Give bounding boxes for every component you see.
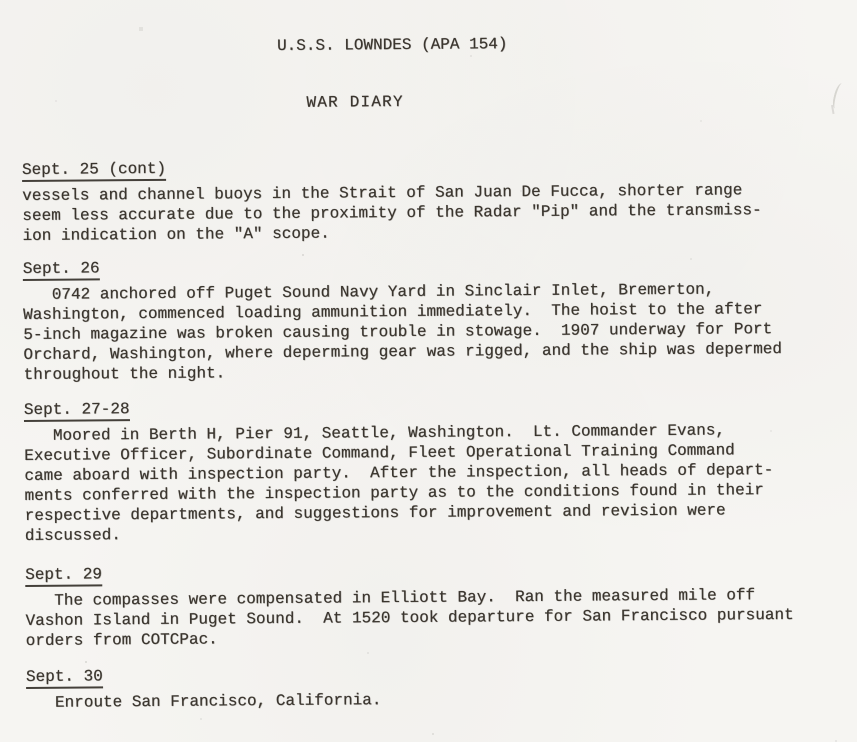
- document-title: U.S.S. LOWNDES (APA 154): [21, 32, 836, 58]
- diary-entry-sept-25: Sept. 25 (cont) vessels and channel buoy…: [22, 157, 838, 246]
- entry-heading-row: Sept. 27-28: [24, 397, 839, 423]
- entry-date-heading: Sept. 29: [25, 567, 102, 587]
- entry-date-heading: Sept. 27-28: [24, 402, 130, 422]
- entry-heading-row: Sept. 25 (cont): [22, 157, 837, 183]
- diary-entry-sept-26: Sept. 26 0742 anchored off Puget Sound N…: [23, 256, 839, 385]
- document-sheet: U.S.S. LOWNDES (APA 154) WAR DIARY Sept.…: [21, 32, 841, 713]
- entry-date-heading: Sept. 26: [23, 261, 100, 281]
- diary-entry-sept-30: Sept. 30 Enroute San Francisco, Californ…: [26, 664, 841, 713]
- entry-date-heading: Sept. 25 (cont): [22, 162, 166, 182]
- document-subtitle: WAR DIARY: [21, 89, 836, 115]
- entry-heading-row: Sept. 29: [25, 562, 840, 588]
- entry-date-heading: Sept. 30: [26, 669, 103, 689]
- diary-entry-sept-27-28: Sept. 27-28 Moored in Berth H, Pier 91, …: [24, 397, 840, 546]
- scanned-war-diary-page: U.S.S. LOWNDES (APA 154) WAR DIARY Sept.…: [0, 0, 857, 742]
- scan-noise-specks: [0, 0, 2, 2]
- diary-text-line: Enroute San Francisco, California.: [26, 687, 841, 713]
- entry-heading-row: Sept. 26: [23, 256, 838, 282]
- diary-entry-sept-29: Sept. 29 The compasses were compensated …: [25, 562, 841, 651]
- entry-heading-row: Sept. 30: [26, 664, 841, 690]
